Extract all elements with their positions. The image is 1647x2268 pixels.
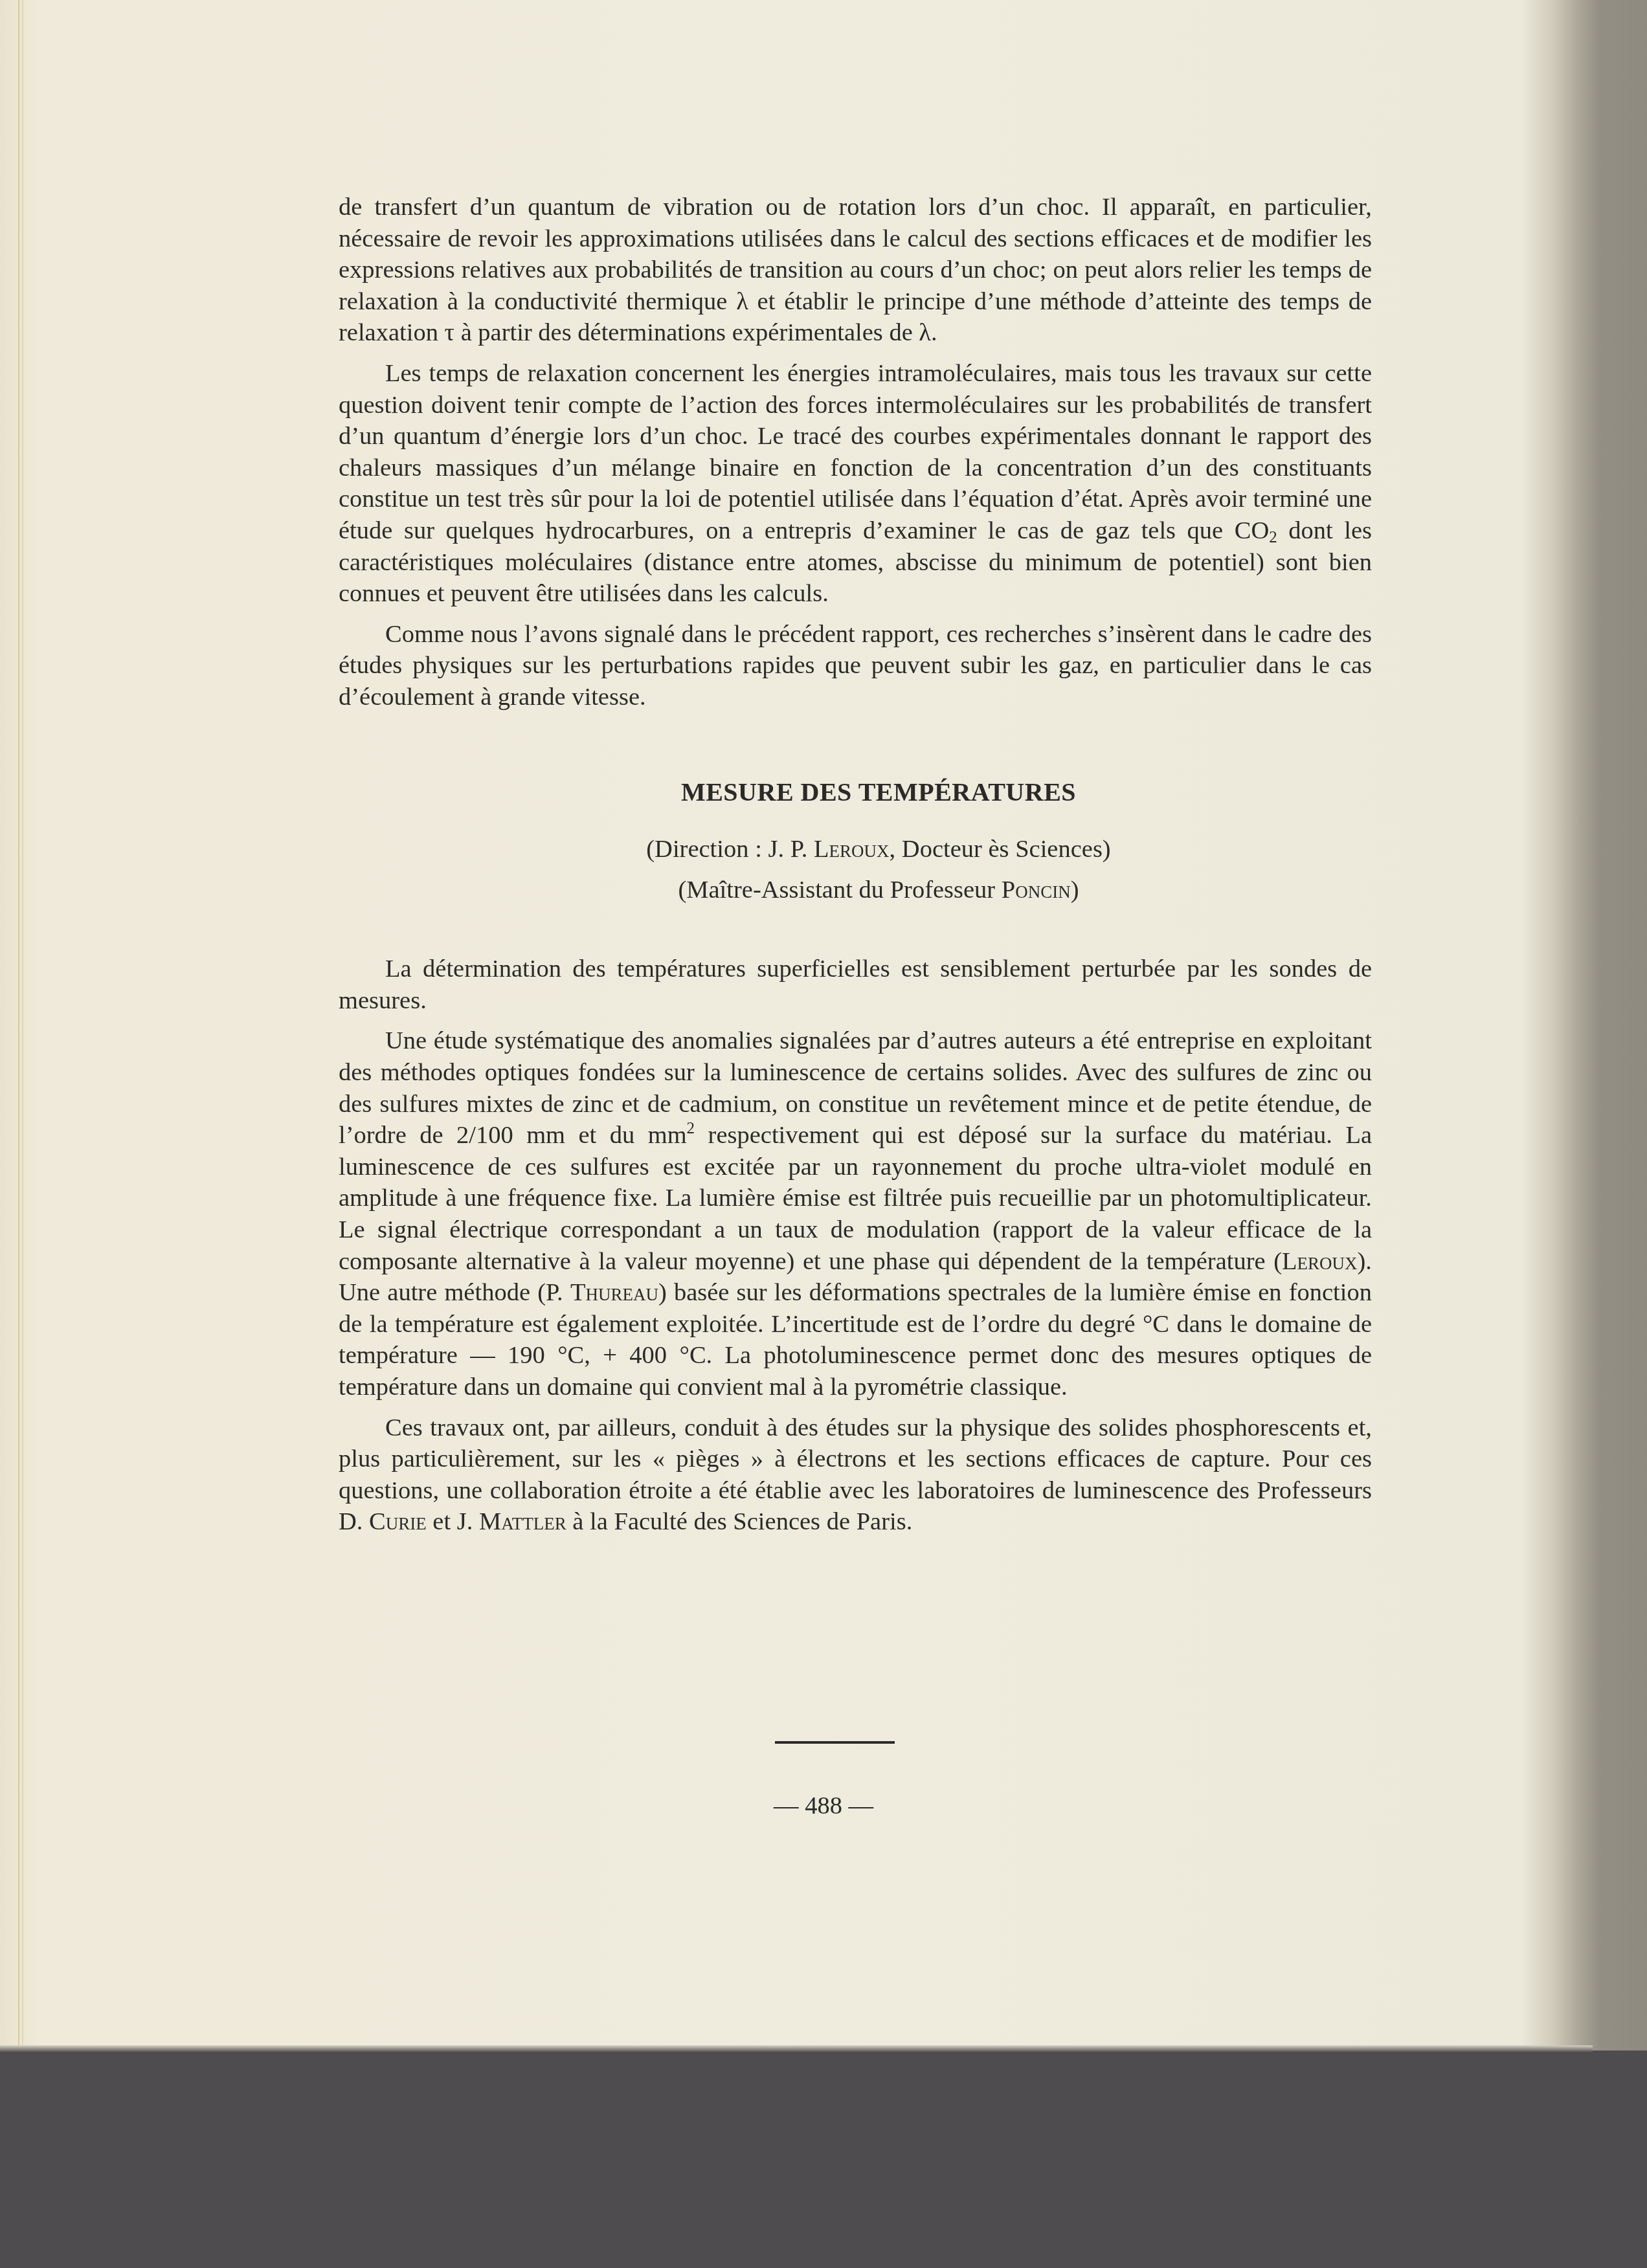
page-edge-line (18, 0, 19, 2051)
subscript: 2 (1269, 529, 1277, 546)
section-title: MESURE DES TEMPÉRATURES (339, 777, 1372, 808)
section-assistant: (Maître-Assistant du Professeur Poncin) (339, 874, 1372, 906)
paragraph-text: à la Faculté des Sciences de Paris. (566, 1508, 913, 1535)
author-name: Thureau (570, 1279, 658, 1306)
director-name: Leroux (814, 836, 890, 863)
paragraph-continuation: de transfert d’un quantum de vibration o… (339, 192, 1372, 349)
paragraph-collaboration: Ces travaux ont, par ailleurs, conduit à… (339, 1412, 1372, 1538)
direction-prefix: (Direction : J. P. (646, 836, 814, 863)
section-direction: (Direction : J. P. Leroux, Docteur ès Sc… (339, 834, 1372, 865)
end-rule-divider (775, 1741, 895, 1744)
section-spacer (339, 915, 1372, 953)
paragraph-text: Les temps de relaxation concernent les é… (339, 360, 1372, 544)
section-spacer (339, 722, 1372, 777)
paragraph-relaxation: Les temps de relaxation concernent les é… (339, 358, 1372, 610)
paragraph-luminescence-method: Une étude systématique des anomalies sig… (339, 1025, 1372, 1403)
paragraph-surface-temperature: La détermination des températures superf… (339, 953, 1372, 1016)
book-page: de transfert d’un quantum de vibration o… (0, 0, 1647, 2051)
superscript: 2 (687, 1120, 695, 1137)
professor-name: Poncin (1002, 876, 1071, 904)
page-number: — 488 — (0, 1792, 1647, 1820)
professor-name: Mattler (479, 1508, 566, 1535)
section-spacer (339, 817, 1372, 834)
paragraph-text: et J. (427, 1508, 479, 1535)
assistant-suffix: ) (1071, 876, 1079, 904)
text-body: de transfert d’un quantum de vibration o… (339, 192, 1372, 1547)
assistant-prefix: (Maître-Assistant du Professeur (678, 876, 1001, 904)
page-bottom-edge (0, 2045, 1593, 2052)
author-name: Leroux (1282, 1248, 1358, 1275)
paragraph-context: Comme nous l’avons signalé dans le précé… (339, 619, 1372, 713)
professor-name: Curie (369, 1508, 427, 1535)
direction-suffix: , Docteur ès Sciences) (890, 836, 1111, 863)
page-edge-line (22, 0, 23, 2051)
